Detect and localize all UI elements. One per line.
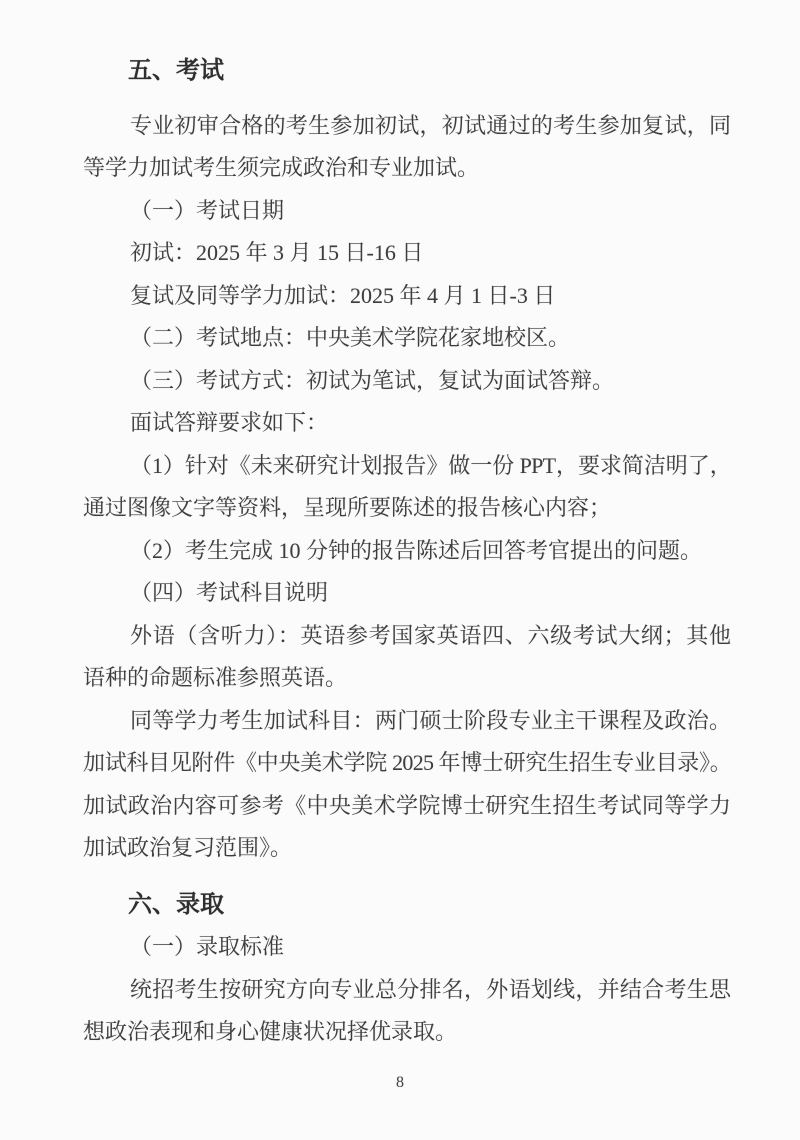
paragraph-line: 语种的命题标准参照英语。 [83, 657, 731, 700]
paragraph-line: （三）考试方式：初试为笔试，复试为面试答辩。 [83, 360, 731, 403]
paragraph: 同等学力考生加试科目：两门硕士阶段专业主干课程及政治。 加试科目见附件《中央美术… [83, 700, 731, 870]
paragraph-line: （一）录取标准 [83, 926, 731, 969]
paragraph-line: 等学力加试考生须完成政治和专业加试。 [83, 147, 731, 190]
paragraph-line: 加试科目见附件《中央美术学院 2025 年博士研究生招生专业目录》。 [83, 742, 731, 785]
paragraph-line: 面试答辩要求如下： [83, 402, 731, 445]
paragraph-line: （一）考试日期 [83, 190, 731, 233]
paragraph-line: （四）考试科目说明 [83, 572, 731, 615]
paragraph: 初试：2025 年 3 月 15 日-16 日 [83, 232, 731, 275]
paragraph-line: 复试及同等学力加试：2025 年 4 月 1 日-3 日 [83, 275, 731, 318]
paragraph-line: 加试政治复习范围》。 [83, 827, 731, 870]
paragraph-line: 统招考生按研究方向专业总分排名，外语划线，并结合考生思 [83, 969, 731, 1012]
paragraph: 专业初审合格的考生参加初试，初试通过的考生参加复试，同 等学力加试考生须完成政治… [83, 105, 731, 190]
document-body: 五、考试 专业初审合格的考生参加初试，初试通过的考生参加复试，同 等学力加试考生… [83, 50, 731, 1054]
document-page: 五、考试 专业初审合格的考生参加初试，初试通过的考生参加复试，同 等学力加试考生… [0, 0, 800, 1140]
paragraph-line: 加试政治内容可参考《中央美术学院博士研究生招生考试同等学力 [83, 785, 731, 828]
paragraph: 外语（含听力）：英语参考国家英语四、六级考试大纲；其他 语种的命题标准参照英语。 [83, 615, 731, 700]
paragraph-line: 同等学力考生加试科目：两门硕士阶段专业主干课程及政治。 [83, 700, 731, 743]
paragraph: （三）考试方式：初试为笔试，复试为面试答辩。 [83, 360, 731, 403]
paragraph-line: 专业初审合格的考生参加初试，初试通过的考生参加复试，同 [83, 105, 731, 148]
paragraph: 统招考生按研究方向专业总分排名，外语划线，并结合考生思 想政治表现和身心健康状况… [83, 969, 731, 1054]
paragraph-line: 通过图像文字等资料，呈现所要陈述的报告核心内容； [83, 487, 731, 530]
paragraph-line: （2）考生完成 10 分钟的报告陈述后回答考官提出的问题。 [83, 530, 731, 573]
paragraph: （二）考试地点：中央美术学院花家地校区。 [83, 317, 731, 360]
paragraph-line: （1）针对《未来研究计划报告》做一份 PPT，要求简洁明了， [83, 445, 731, 488]
paragraph: （四）考试科目说明 [83, 572, 731, 615]
section-heading-exam: 五、考试 [83, 50, 731, 93]
paragraph: （一）录取标准 [83, 926, 731, 969]
paragraph: （1）针对《未来研究计划报告》做一份 PPT，要求简洁明了， 通过图像文字等资料… [83, 445, 731, 530]
paragraph-line: 外语（含听力）：英语参考国家英语四、六级考试大纲；其他 [83, 615, 731, 658]
paragraph-line: 想政治表现和身心健康状况择优录取。 [83, 1011, 731, 1054]
paragraph: （一）考试日期 [83, 190, 731, 233]
paragraph: 面试答辩要求如下： [83, 402, 731, 445]
paragraph: 复试及同等学力加试：2025 年 4 月 1 日-3 日 [83, 275, 731, 318]
section-heading-admission: 六、录取 [83, 884, 731, 927]
paragraph-line: （二）考试地点：中央美术学院花家地校区。 [83, 317, 731, 360]
paragraph-line: 初试：2025 年 3 月 15 日-16 日 [83, 232, 731, 275]
paragraph: （2）考生完成 10 分钟的报告陈述后回答考官提出的问题。 [83, 530, 731, 573]
page-number: 8 [0, 1068, 800, 1098]
